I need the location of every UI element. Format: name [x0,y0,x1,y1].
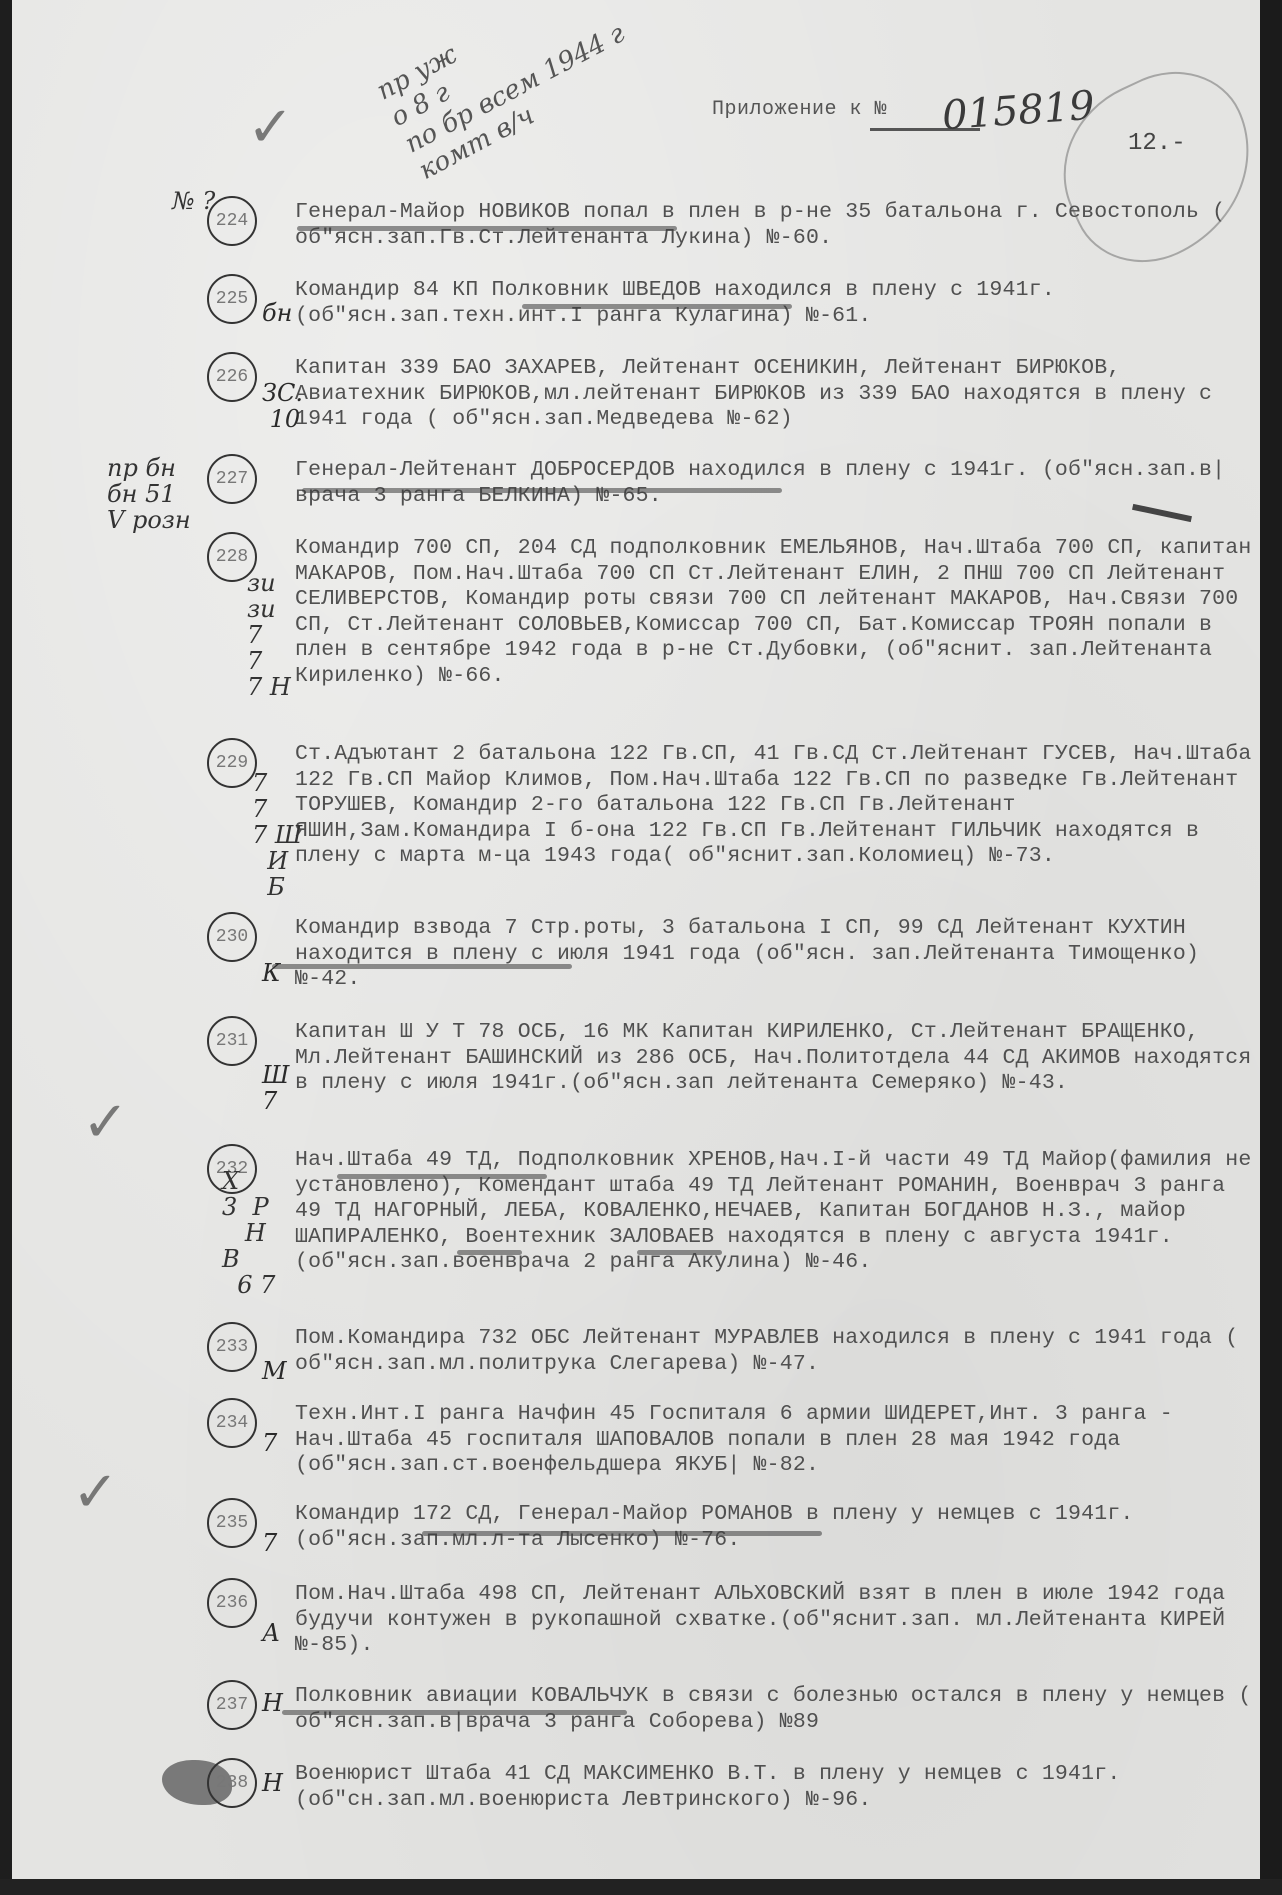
handwritten-top-note: пр уж о 8 г по бр всем 1944 г комт в/ч [372,0,644,186]
margin-note: 7 7 7 Ш И Б [252,770,302,900]
entry-number: 235 [207,1498,257,1548]
margin-note: № ? [172,188,215,214]
entry-text: Ст.Адъютант 2 батальона 122 Гв.СП, 41 Гв… [295,742,1260,870]
entry-text: Командир взвода 7 Стр.роты, 3 батальона … [295,916,1260,993]
pencil-underline [272,964,572,969]
margin-note: М [262,1358,287,1384]
entry-text: Генерал-Лейтенант ДОБРОСЕРДОВ находился … [295,458,1260,509]
entry-number: 233 [207,1322,257,1372]
pencil-underline [422,1531,822,1536]
entry-text: Командир 172 СД, Генерал-Майор РОМАНОВ в… [295,1502,1260,1553]
entry-number: 225 [207,274,257,324]
check-mark-icon: ✓ [247,95,294,160]
margin-note: Н [262,1770,283,1796]
entry-number: 226 [207,352,257,402]
margin-note: 7 [262,1430,277,1456]
entry-number: 238 [207,1758,257,1808]
entry-text: Нач.Штаба 49 ТД, Подполковник ХРЕНОВ,Нач… [295,1148,1260,1276]
pencil-underline [337,1174,547,1179]
margin-note: зи зи 7 7 7 Н [247,570,291,700]
appendix-number: 015819 [941,83,1097,140]
entry-text: Техн.Инт.I ранга Начфин 45 Госпиталя 6 а… [295,1402,1260,1479]
pencil-underline [282,1710,627,1715]
entry-number: 237 [207,1680,257,1730]
margin-note: пр бн бн 51 V розн [107,455,191,533]
appendix-label: Приложение к № [712,98,887,121]
scan-border-right [1260,0,1282,1895]
page-number: 12.- [1128,130,1186,157]
entry-text: Пом.Нач.Штаба 498 СП, Лейтенант АЛЬХОВСК… [295,1582,1260,1659]
margin-note: ЗС. 10 [262,380,303,432]
pencil-underline [297,226,677,231]
entry-number: 231 [207,1016,257,1066]
entry-text: Капитан 339 БАО ЗАХАРЕВ, Лейтенант ОСЕНИ… [295,356,1260,433]
entry-number: 234 [207,1398,257,1448]
margin-note: Ш 7 [262,1062,289,1114]
margin-note: А [262,1620,280,1646]
entry-number: 230 [207,912,257,962]
margin-note: К [262,960,281,986]
entry-number: 229 [207,738,257,788]
entry-text: Военюрист Штаба 41 СД МАКСИМЕНКО В.Т. в … [295,1762,1260,1813]
entry-number: 227 [207,454,257,504]
pencil-underline [637,1250,722,1255]
pencil-underline [302,488,782,493]
entry-text: Капитан Ш У Т 78 ОСБ, 16 МК Капитан КИРИ… [295,1020,1260,1097]
entry-number: 236 [207,1578,257,1628]
entry-text: Командир 700 СП, 204 СД подполковник ЕМЕ… [295,536,1260,689]
pencil-underline [522,304,792,309]
entry-text: Пом.Командира 732 ОБС Лейтенант МУРАВЛЕВ… [295,1326,1260,1377]
document-page: пр уж о 8 г по бр всем 1944 г комт в/ч П… [12,0,1260,1880]
margin-note: 7 [262,1530,277,1556]
margin-note: Х 3 Р Н В 6 7 [222,1168,275,1298]
margin-note: Н [262,1690,283,1716]
pencil-underline [457,1250,522,1255]
scan-border-bottom [0,1879,1282,1895]
check-mark-icon: ✓ [82,1090,129,1155]
margin-note: бн [262,300,292,326]
check-mark-icon: ✓ [72,1460,119,1525]
